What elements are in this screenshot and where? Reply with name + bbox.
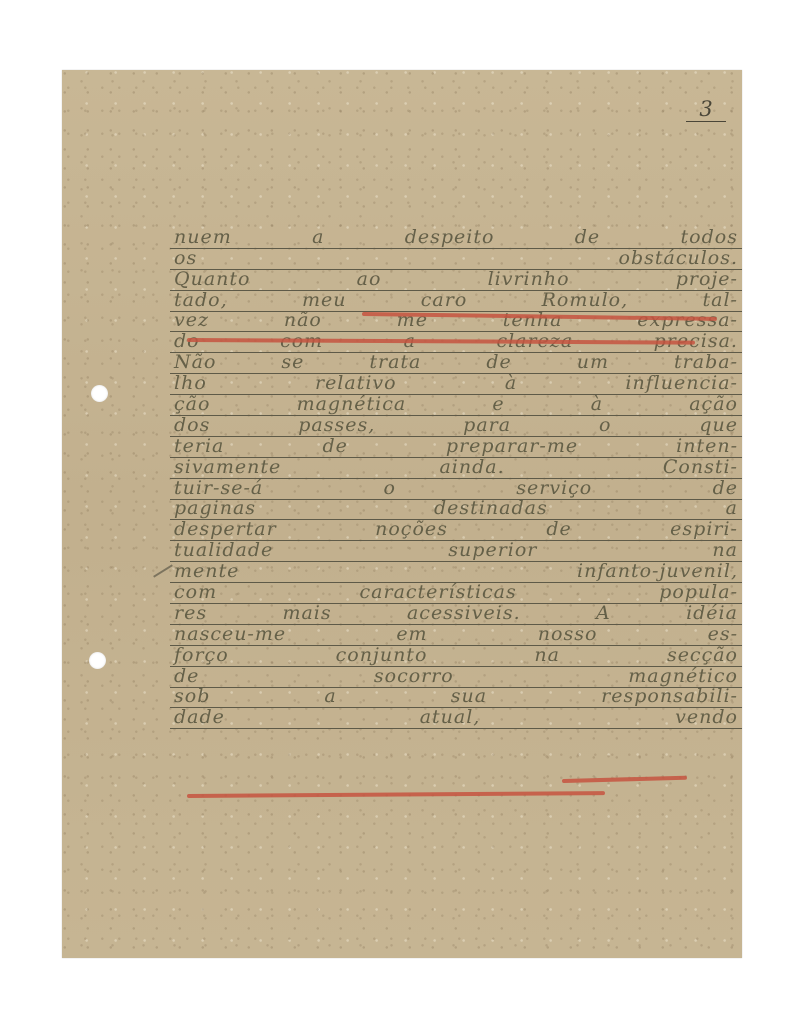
- handwritten-text: çãomagnéticaeàação: [174, 394, 738, 414]
- handwritten-line: paginasdestinadasa: [170, 500, 742, 521]
- punch-hole-top: [91, 385, 108, 402]
- manuscript-page: 3 nuemadespeitodetodososobstáculos.Quant…: [62, 70, 742, 958]
- handwritten-line: desocorromagnético: [170, 667, 742, 688]
- handwritten-text: Nãosetratadeumtraba-: [174, 352, 738, 372]
- handwritten-text: desocorromagnético: [174, 666, 738, 686]
- handwritten-line: comcaracterísticaspopula-: [170, 583, 742, 604]
- handwritten-text: dospasses,paraoque: [174, 415, 738, 435]
- punch-hole-bottom: [89, 652, 106, 669]
- handwritten-line: sobasuaresponsabili-: [170, 688, 742, 709]
- handwritten-line: menteinfanto-juvenil,: [170, 562, 742, 583]
- handwritten-line: tuir-se-áoserviçode: [170, 479, 742, 500]
- red-underline-4: [187, 791, 605, 798]
- handwritten-line: tado,meucaroRomulo,tal-: [170, 291, 742, 312]
- handwritten-text: despertarnoçõesdeespiri-: [174, 519, 738, 539]
- handwritten-line: resmaisacessiveis.Aidéia: [170, 604, 742, 625]
- handwritten-text: resmaisacessiveis.Aidéia: [174, 603, 738, 623]
- handwritten-text: dadeatual,vendo: [174, 707, 738, 727]
- page-number: 3: [686, 98, 726, 122]
- handwritten-line: Nãosetratadeumtraba-: [170, 353, 742, 374]
- handwritten-line: nuemadespeitodetodos: [170, 228, 742, 249]
- handwritten-line: çãomagnéticaeàação: [170, 395, 742, 416]
- handwritten-text: osobstáculos.: [174, 248, 738, 268]
- handwritten-line: lhorelativoàinfluencia-: [170, 374, 742, 395]
- ruled-lines: nuemadespeitodetodososobstáculos.Quantoa…: [170, 228, 742, 729]
- red-underline-3: [562, 776, 687, 783]
- handwritten-line: despertarnoçõesdeespiri-: [170, 520, 742, 541]
- handwritten-text: teriadepreparar-meinten-: [174, 436, 738, 456]
- handwritten-text: tualidadesuperiorna: [174, 540, 738, 560]
- handwritten-text: Quantoaolivrinhoproje-: [174, 269, 738, 289]
- handwritten-text: menteinfanto-juvenil,: [174, 561, 738, 581]
- handwritten-text: paginasdestinadasa: [174, 498, 738, 518]
- handwritten-line: Quantoaolivrinhoproje-: [170, 270, 742, 291]
- handwritten-text: nasceu-meemnossoes-: [174, 624, 738, 644]
- handwritten-line: nasceu-meemnossoes-: [170, 625, 742, 646]
- handwritten-text: sivamenteainda.Consti-: [174, 457, 738, 477]
- handwritten-line: tualidadesuperiorna: [170, 541, 742, 562]
- handwritten-text: lhorelativoàinfluencia-: [174, 373, 738, 393]
- handwritten-text: forçoconjuntonasecção: [174, 645, 738, 665]
- handwritten-line: forçoconjuntonasecção: [170, 646, 742, 667]
- handwritten-line: dospasses,paraoque: [170, 416, 742, 437]
- handwritten-line: dadeatual,vendo: [170, 708, 742, 729]
- handwritten-text: sobasuaresponsabili-: [174, 686, 738, 706]
- handwritten-text: nuemadespeitodetodos: [174, 227, 738, 247]
- handwritten-line: osobstáculos.: [170, 249, 742, 270]
- handwritten-text: comcaracterísticaspopula-: [174, 582, 738, 602]
- handwritten-line: teriadepreparar-meinten-: [170, 437, 742, 458]
- handwritten-text: tuir-se-áoserviçode: [174, 478, 738, 498]
- handwritten-line: sivamenteainda.Consti-: [170, 458, 742, 479]
- handwritten-text: tado,meucaroRomulo,tal-: [174, 290, 738, 310]
